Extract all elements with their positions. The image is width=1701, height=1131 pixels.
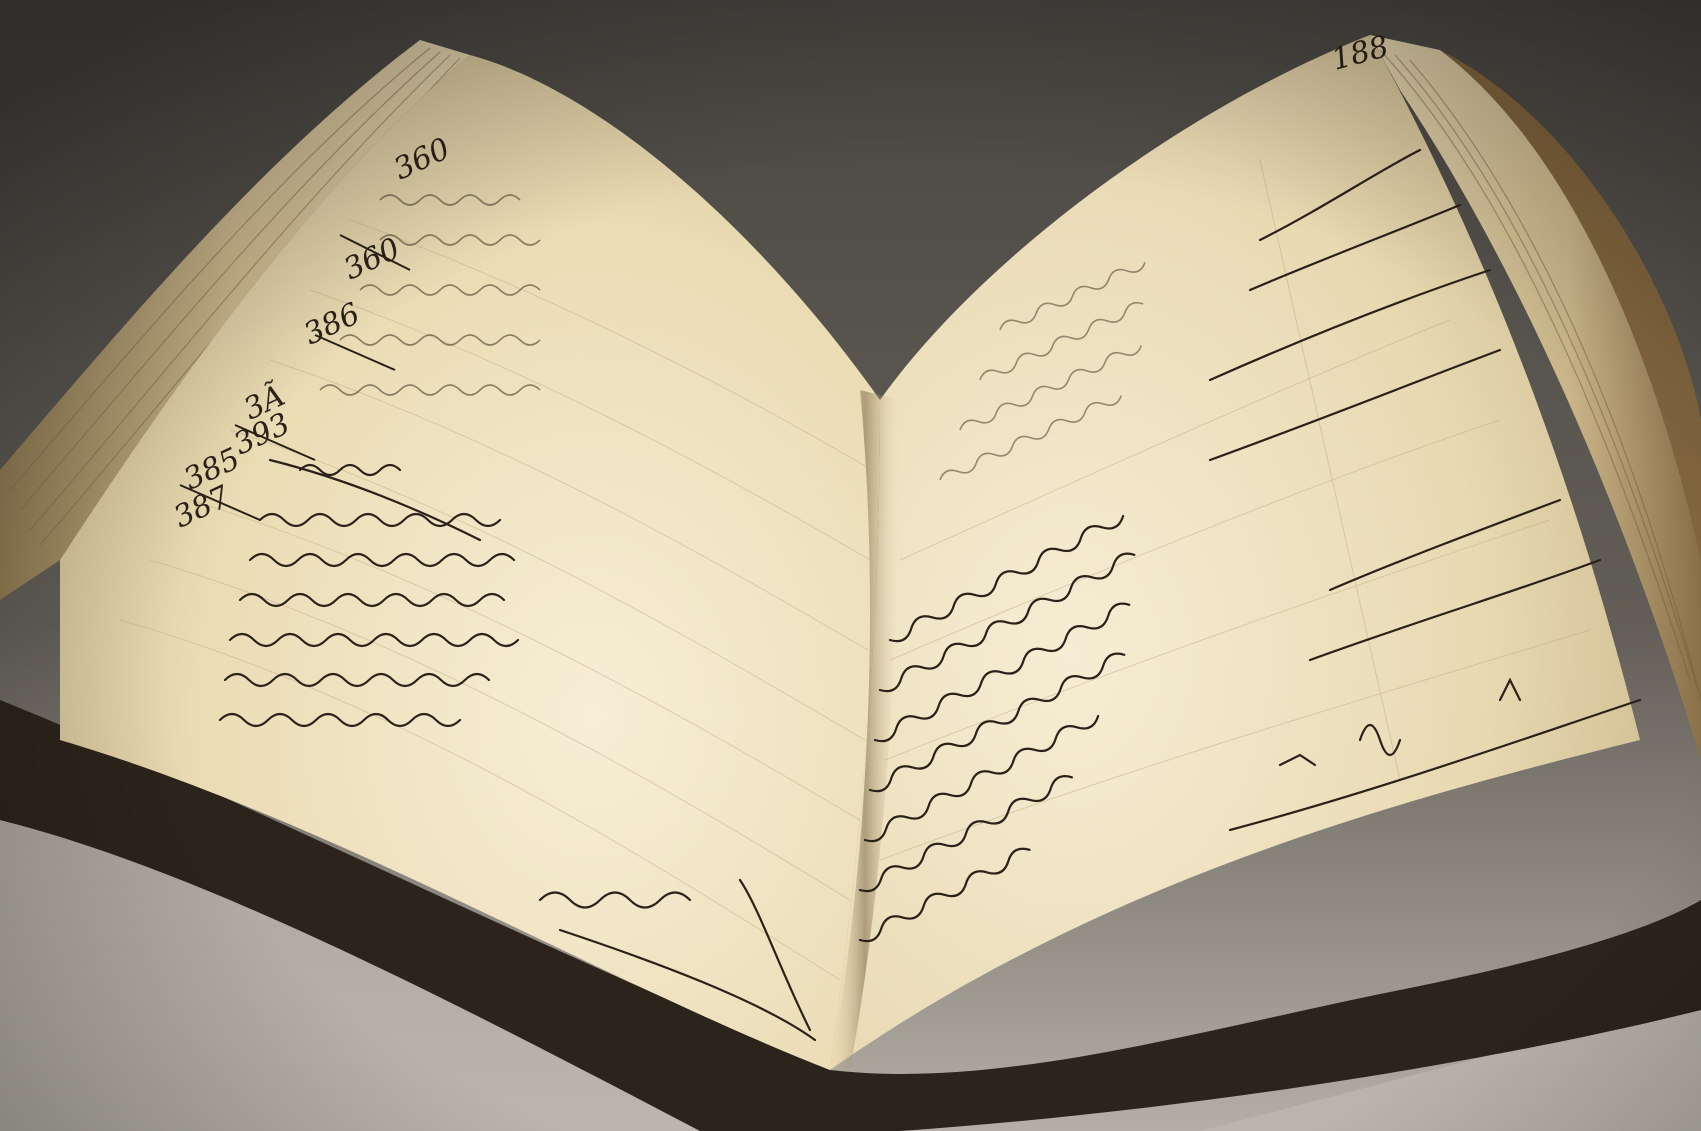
vignette-overlay bbox=[0, 0, 1701, 1131]
book-illustration: 360 360 386 3Ã 393 385 387 bbox=[0, 0, 1701, 1131]
manuscript-photo: 360 360 386 3Ã 393 385 387 bbox=[0, 0, 1701, 1131]
